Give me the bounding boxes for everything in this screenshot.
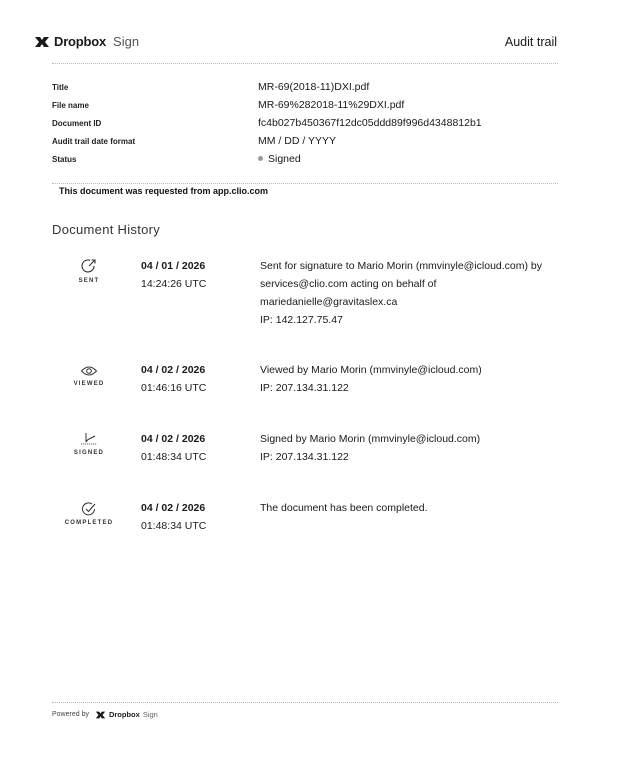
event-description: The document has been completed. bbox=[260, 499, 560, 517]
status-dot-icon bbox=[258, 156, 263, 161]
event-label: VIEWED bbox=[52, 381, 126, 387]
meta-label: Audit trail date format bbox=[52, 137, 258, 146]
event-description: Viewed by Mario Morin (mmvinyle@icloud.c… bbox=[260, 361, 560, 397]
event-label: SENT bbox=[52, 278, 126, 284]
sent-icon bbox=[80, 257, 98, 275]
meta-label: Title bbox=[52, 83, 258, 92]
event-icon-col: COMPLETED bbox=[52, 501, 126, 526]
event-datetime: 04 / 02 / 2026 01:46:16 UTC bbox=[141, 361, 206, 397]
event-icon-col: VIEWED bbox=[52, 364, 126, 387]
event-description: Signed by Mario Morin (mmvinyle@icloud.c… bbox=[260, 430, 560, 466]
powered-by-footer: Powered by Dropbox Sign bbox=[52, 710, 158, 719]
header-divider bbox=[52, 63, 558, 64]
meta-label: Status bbox=[52, 155, 258, 164]
event-date: 04 / 01 / 2026 bbox=[141, 257, 206, 275]
status-text: Signed bbox=[268, 153, 301, 165]
event-icon-col: SIGNED bbox=[52, 431, 126, 456]
footer-divider bbox=[52, 702, 558, 703]
footer-brand-suffix: Sign bbox=[143, 710, 158, 719]
event-ip: IP: 142.127.75.47 bbox=[260, 311, 560, 329]
event-line: mariedanielle@gravitaslex.ca bbox=[260, 293, 560, 311]
event-label: COMPLETED bbox=[52, 520, 126, 526]
event-date: 04 / 02 / 2026 bbox=[141, 499, 206, 517]
meta-value-document-id: fc4b027b450367f12dc05ddd89f996d4348812b1 bbox=[258, 117, 482, 129]
status-badge: Signed bbox=[258, 153, 301, 165]
meta-value-title: MR-69(2018-11)DXI.pdf bbox=[258, 81, 369, 93]
event-line: Sent for signature to Mario Morin (mmvin… bbox=[260, 257, 560, 275]
meta-row-status: Status Signed bbox=[52, 150, 558, 168]
event-icon-col: SENT bbox=[52, 257, 126, 284]
event-time: 14:24:26 UTC bbox=[141, 275, 206, 293]
brand-suffix: Sign bbox=[113, 34, 139, 49]
event-datetime: 04 / 01 / 2026 14:24:26 UTC bbox=[141, 257, 206, 293]
event-datetime: 04 / 02 / 2026 01:48:34 UTC bbox=[141, 430, 206, 466]
meta-row-document-id: Document ID fc4b027b450367f12dc05ddd89f9… bbox=[52, 114, 558, 132]
event-date: 04 / 02 / 2026 bbox=[141, 430, 206, 448]
meta-label: File name bbox=[52, 101, 258, 110]
meta-row-title: Title MR-69(2018-11)DXI.pdf bbox=[52, 78, 558, 96]
dropbox-sign-logo: Dropbox Sign bbox=[34, 34, 139, 49]
meta-row-file-name: File name MR-69%282018-11%29DXI.pdf bbox=[52, 96, 558, 114]
event-line: The document has been completed. bbox=[260, 499, 560, 517]
audit-trail-title: Audit trail bbox=[505, 35, 557, 49]
event-line: Viewed by Mario Morin (mmvinyle@icloud.c… bbox=[260, 361, 560, 379]
event-time: 01:48:34 UTC bbox=[141, 517, 206, 535]
event-datetime: 04 / 02 / 2026 01:48:34 UTC bbox=[141, 499, 206, 535]
dropbox-sign-logo-icon bbox=[95, 711, 106, 719]
meta-label: Document ID bbox=[52, 119, 258, 128]
brand-name: Dropbox bbox=[54, 34, 106, 49]
footer-brand: Dropbox bbox=[109, 710, 140, 719]
event-line: services@clio.com acting on behalf of bbox=[260, 275, 560, 293]
dropbox-sign-logo-icon bbox=[34, 36, 50, 48]
event-ip: IP: 207.134.31.122 bbox=[260, 448, 560, 466]
meta-divider bbox=[52, 183, 558, 184]
meta-value-file-name: MR-69%282018-11%29DXI.pdf bbox=[258, 99, 404, 111]
completed-icon bbox=[80, 501, 98, 517]
requested-from-note: This document was requested from app.cli… bbox=[59, 186, 268, 196]
meta-row-date-format: Audit trail date format MM / DD / YYYY bbox=[52, 132, 558, 150]
meta-value-date-format: MM / DD / YYYY bbox=[258, 135, 336, 147]
event-ip: IP: 207.134.31.122 bbox=[260, 379, 560, 397]
powered-by-text: Powered by bbox=[52, 711, 89, 718]
event-description: Sent for signature to Mario Morin (mmvin… bbox=[260, 257, 560, 329]
event-line: Signed by Mario Morin (mmvinyle@icloud.c… bbox=[260, 430, 560, 448]
event-time: 01:48:34 UTC bbox=[141, 448, 206, 466]
event-label: SIGNED bbox=[52, 450, 126, 456]
event-date: 04 / 02 / 2026 bbox=[141, 361, 206, 379]
document-history-title: Document History bbox=[52, 222, 160, 237]
viewed-icon bbox=[80, 364, 98, 378]
signed-icon bbox=[79, 431, 99, 447]
event-time: 01:46:16 UTC bbox=[141, 379, 206, 397]
